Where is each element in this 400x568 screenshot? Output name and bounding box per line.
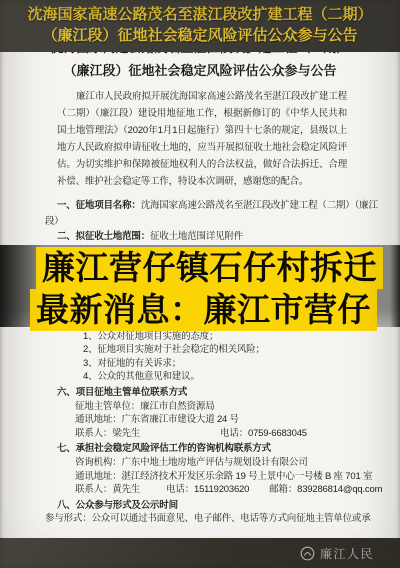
doc-line: 六、项目征地主管单位联系方式 — [57, 386, 397, 400]
headline-row-2: 最新消息：廉江市营仔 — [30, 289, 377, 331]
top-title-bar: 沈海国家高速公路茂名至湛江段改扩建工程（二期） （廉江段）征地社会稳定风险评估公… — [0, 0, 400, 52]
doc-line-segment: 七、承担社会稳定风险评估工作的咨询机构联系方式 — [57, 443, 271, 454]
doc-line: 3、对征地的有关诉求； — [83, 357, 397, 371]
doc-line: 通讯地址：广东省廉江市建设大道 24 号 — [75, 413, 397, 427]
doc-line: 一、征地项目名称：沈海国家高速公路茂名至湛江段改扩建工程（二期）（廉江 — [57, 198, 395, 214]
doc-line: 2、征地项目实施对于社会稳定的相关风险； — [83, 343, 397, 357]
headline-line-2: 最新消息：廉江市营仔 — [30, 289, 377, 331]
doc-line-segment: 六、项目征地主管单位联系方式 — [57, 387, 187, 398]
doc-line-segment: 3、对征地的有关诉求； — [83, 358, 181, 369]
doc-line-segment: 段） — [45, 216, 64, 227]
doc-line: 参与形式：公众可以通过书面意见、电子邮件、电话等方式向征地主管单位或承 — [45, 512, 397, 526]
doc-line-segment: 2、征地项目实施对于社会稳定的相关风险； — [83, 344, 265, 355]
doc-line-segment: 通讯地址：广东省廉江市建设大道 24 号 — [75, 414, 239, 425]
doc-line-segment: 联系人：梁先生 — [75, 428, 140, 439]
doc-line-segment: 参与形式：公众可以通过书面意见、电子邮件、电话等方式向征地主管单位或承 — [45, 513, 371, 524]
doc-line-segment: 邮箱：839286814@qq.com — [269, 484, 382, 495]
doc-line: 联系人：梁先生电话：0759-6683045 — [75, 427, 397, 441]
doc-line: 八、公众参与形式及公示时间 — [57, 499, 397, 513]
intro-paragraph: 廉江市人民政府拟开展沈海国家高速公路茂名至湛江段改扩建工程（二期）（廉江段）建设… — [57, 88, 347, 190]
headline-line-1: 廉江营仔镇石仔村拆迁 — [36, 247, 383, 289]
watermark-text: 廉江人民 — [320, 545, 374, 562]
doc-line-segment: 八、公众参与形式及公示时间 — [57, 500, 178, 511]
doc-line-segment: 1、公众对征地项目实施的态度； — [83, 331, 218, 342]
watermark-logo-icon — [300, 546, 315, 561]
doc-line: 二、拟征收土地范围：征收土地范围详见附件 — [57, 229, 395, 245]
doc-line-segment: 联系人：黄先生 — [75, 484, 140, 495]
doc-line-segment: 征地主管单位：廉江市自然资源局 — [75, 401, 215, 412]
doc-lines-bottom: （二）征求公众意见的主要事项1、公众对征地项目实施的态度；2、征地项目实施对于社… — [45, 316, 397, 526]
footer-bar: 廉江人民 — [0, 538, 400, 568]
headline-row-1: 廉江营仔镇石仔村拆迁 — [36, 247, 383, 289]
document-body-bottom: （二）征求公众意见的主要事项1、公众对征地项目实施的态度；2、征地项目实施对于社… — [45, 316, 397, 526]
doc-line-segment: 电话：15119203620 — [166, 484, 249, 495]
doc-line-segment: 沈海国家高速公路茂名至湛江段改扩建工程（二期）（廉江 — [141, 200, 378, 211]
doc-line: 1、公众对征地项目实施的态度； — [83, 330, 397, 344]
doc-line: 4、公众的其他意见和建议。 — [83, 370, 397, 384]
doc-line-segment: 咨询机构：广东中地土地房地产评估与规划设计有限公司 — [75, 457, 308, 468]
top-title-line-2: （廉江段）征地社会稳定风险评估公众参与公告 — [0, 27, 400, 46]
doc-line-segment: 一、征地项目名称： — [57, 200, 141, 211]
doc-line: 通讯地址：湛江经济技术开发区乐余路 19 号上景中心一号楼 B 座 701 室 — [75, 470, 397, 484]
doc-line-segment: 电话：0759-6683045 — [220, 428, 307, 439]
doc-line: 段） — [45, 214, 395, 230]
screenshot-root: 沈海国家高速公路茂名至湛江段改扩建工程（二期） （廉江段）征地社会稳定风险评估公… — [0, 0, 400, 568]
doc-line: 征地主管单位：廉江市自然资源局 — [75, 400, 397, 414]
doc-line: 七、承担社会稳定风险评估工作的咨询机构联系方式 — [57, 442, 397, 456]
top-title-line-1: 沈海国家高速公路茂名至湛江段改扩建工程（二期） — [0, 6, 400, 25]
watermark: 廉江人民 — [300, 545, 374, 562]
doc-line-segment: 二、拟征收土地范围： — [57, 231, 150, 242]
doc-line-segment: 4、公众的其他意见和建议。 — [83, 371, 200, 382]
doc-line: 联系人：黄先生电话：15119203620邮箱：839286814@qq.com — [75, 483, 397, 497]
doc-line: 咨询机构：广东中地土地房地产评估与规划设计有限公司 — [75, 456, 397, 470]
document-title-line-2: （廉江段）征地社会稳定风险评估公众参与公告 — [0, 59, 400, 82]
doc-line-segment: 通讯地址：湛江经济技术开发区乐余路 19 号上景中心一号楼 B 座 701 室 — [75, 471, 372, 482]
doc-line-segment: 征收土地范围详见附件 — [150, 231, 243, 242]
